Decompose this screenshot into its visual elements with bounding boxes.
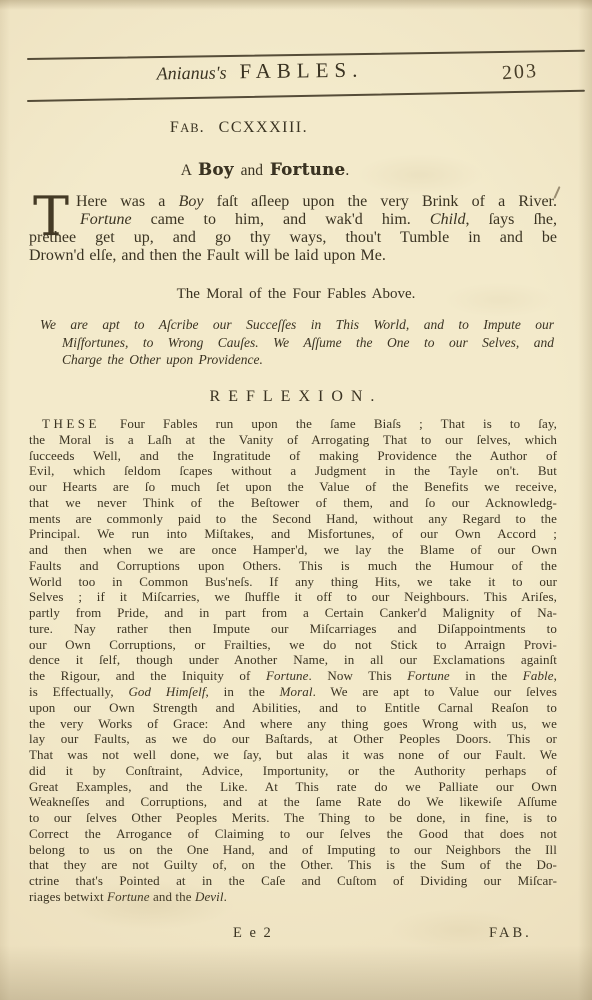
text-line: Evil, which ſeldom ſcapes without a Judg… — [29, 463, 557, 479]
text-line: ments are commonly paid to the Second Ha… — [29, 511, 557, 527]
text-line: ſucceeds Well, and the Ingratitude of ma… — [29, 448, 557, 464]
text-line: Charge the Other upon Providence. — [40, 351, 554, 369]
fable-number-heading: FAB. CCXXXIII. — [0, 119, 478, 137]
text-line: to our ſelves Other Peoples Merits. The … — [29, 810, 557, 826]
reflexion-body: THESE Four Fables run upon the ſame Biaſ… — [29, 416, 557, 905]
catchword: FAB. — [489, 925, 532, 942]
signature-mark: E e 2 — [233, 925, 272, 942]
running-head-author: Anianus's — [157, 62, 227, 84]
text-line: that they are not Guilty of, on the Othe… — [29, 857, 557, 873]
text-line: upon our Own Strength and Abilities, and… — [29, 700, 557, 716]
header-rule-bottom — [27, 90, 585, 102]
text-line: prethee get up, and go thy ways, thou't … — [29, 229, 557, 247]
moral-heading: The Moral of the Four Fables Above. — [0, 286, 592, 303]
text-line: is Effectually, God Himſelf, in the Mora… — [29, 684, 557, 700]
text-line: Great Examples, and the Like. At This ra… — [29, 779, 557, 795]
text-line: Weakneſſes and Corruptions, and at the ſ… — [29, 794, 557, 810]
text-line: Here was a Boy faſt aſleep upon the very… — [29, 193, 557, 211]
text-line: Drown'd elſe, and then the Fault will be… — [29, 247, 557, 265]
text-line: Correct the Arrogance of Claiming to our… — [29, 826, 557, 842]
text-line: We are apt to Aſcribe our Succeſſes in T… — [40, 316, 554, 334]
text-line: did it by Conſtraint, Advice, Importunit… — [29, 763, 557, 779]
text-line: dence it ſelf, though under Another Name… — [29, 652, 557, 668]
text-line: Selves ; if it Miſcarries, we ſhuffle it… — [29, 589, 557, 605]
text-line: Miſfortunes, to Wrong Cauſes. We Aſſume … — [40, 334, 554, 352]
text-line: the very Works of Grace: And where any t… — [29, 716, 557, 732]
text-line: lay our Faults, as we do our Baſtards, a… — [29, 731, 557, 747]
page-number: 203 — [501, 60, 539, 85]
book-page: Anianus's FABLES. 203 FAB. CCXXXIII. A B… — [0, 0, 592, 1000]
text-line: Principal. We run into Miſtakes, and Mis… — [29, 526, 557, 542]
text-line: Faults and Corruptions upon Others. This… — [29, 558, 557, 574]
text-line: World too in Common Bus'neſs. If any thi… — [29, 574, 557, 590]
text-line: belong to us on the One Hand, and of Imp… — [29, 842, 557, 858]
text-line: riages betwixt Fortune and the Devil. — [29, 889, 557, 905]
running-head: Anianus's FABLES. — [0, 55, 520, 87]
text-line: our Own Corruptions, or Frailties, we do… — [29, 637, 557, 653]
fable-text: Here was a Boy faſt aſleep upon the very… — [29, 193, 557, 265]
text-line: that we never Think of the Beſtower of t… — [29, 495, 557, 511]
text-line: and then when we are once Hamper'd, we l… — [29, 542, 557, 558]
ink-mark — [553, 186, 560, 199]
reflexion-heading: REFLEXION. — [0, 388, 592, 406]
text-line: THESE Four Fables run upon the ſame Biaſ… — [29, 416, 557, 432]
text-line: Fortune came to him, and wak'd him. Chil… — [29, 211, 557, 229]
running-head-title: FABLES. — [239, 58, 363, 85]
text-line: our Hearts are ſo much ſet upon the Valu… — [29, 479, 557, 495]
text-line: partly from Pride, and in part from a Ce… — [29, 605, 557, 621]
text-line: ctrine that's Pointed at in the Caſe and… — [29, 873, 557, 889]
fable-title: A Boy and Fortune. — [0, 160, 530, 180]
moral-text: We are apt to Aſcribe our Succeſſes in T… — [40, 316, 554, 369]
text-line: That was not well done, we ſay, but alas… — [29, 747, 557, 763]
text-line: the Rigour, and the Iniquity of Fortune.… — [29, 668, 557, 684]
text-line: the Moral is a Laſh at the Vanity of Arr… — [29, 432, 557, 448]
text-line: ture. Nay rather then Impute our Miſcarr… — [29, 621, 557, 637]
